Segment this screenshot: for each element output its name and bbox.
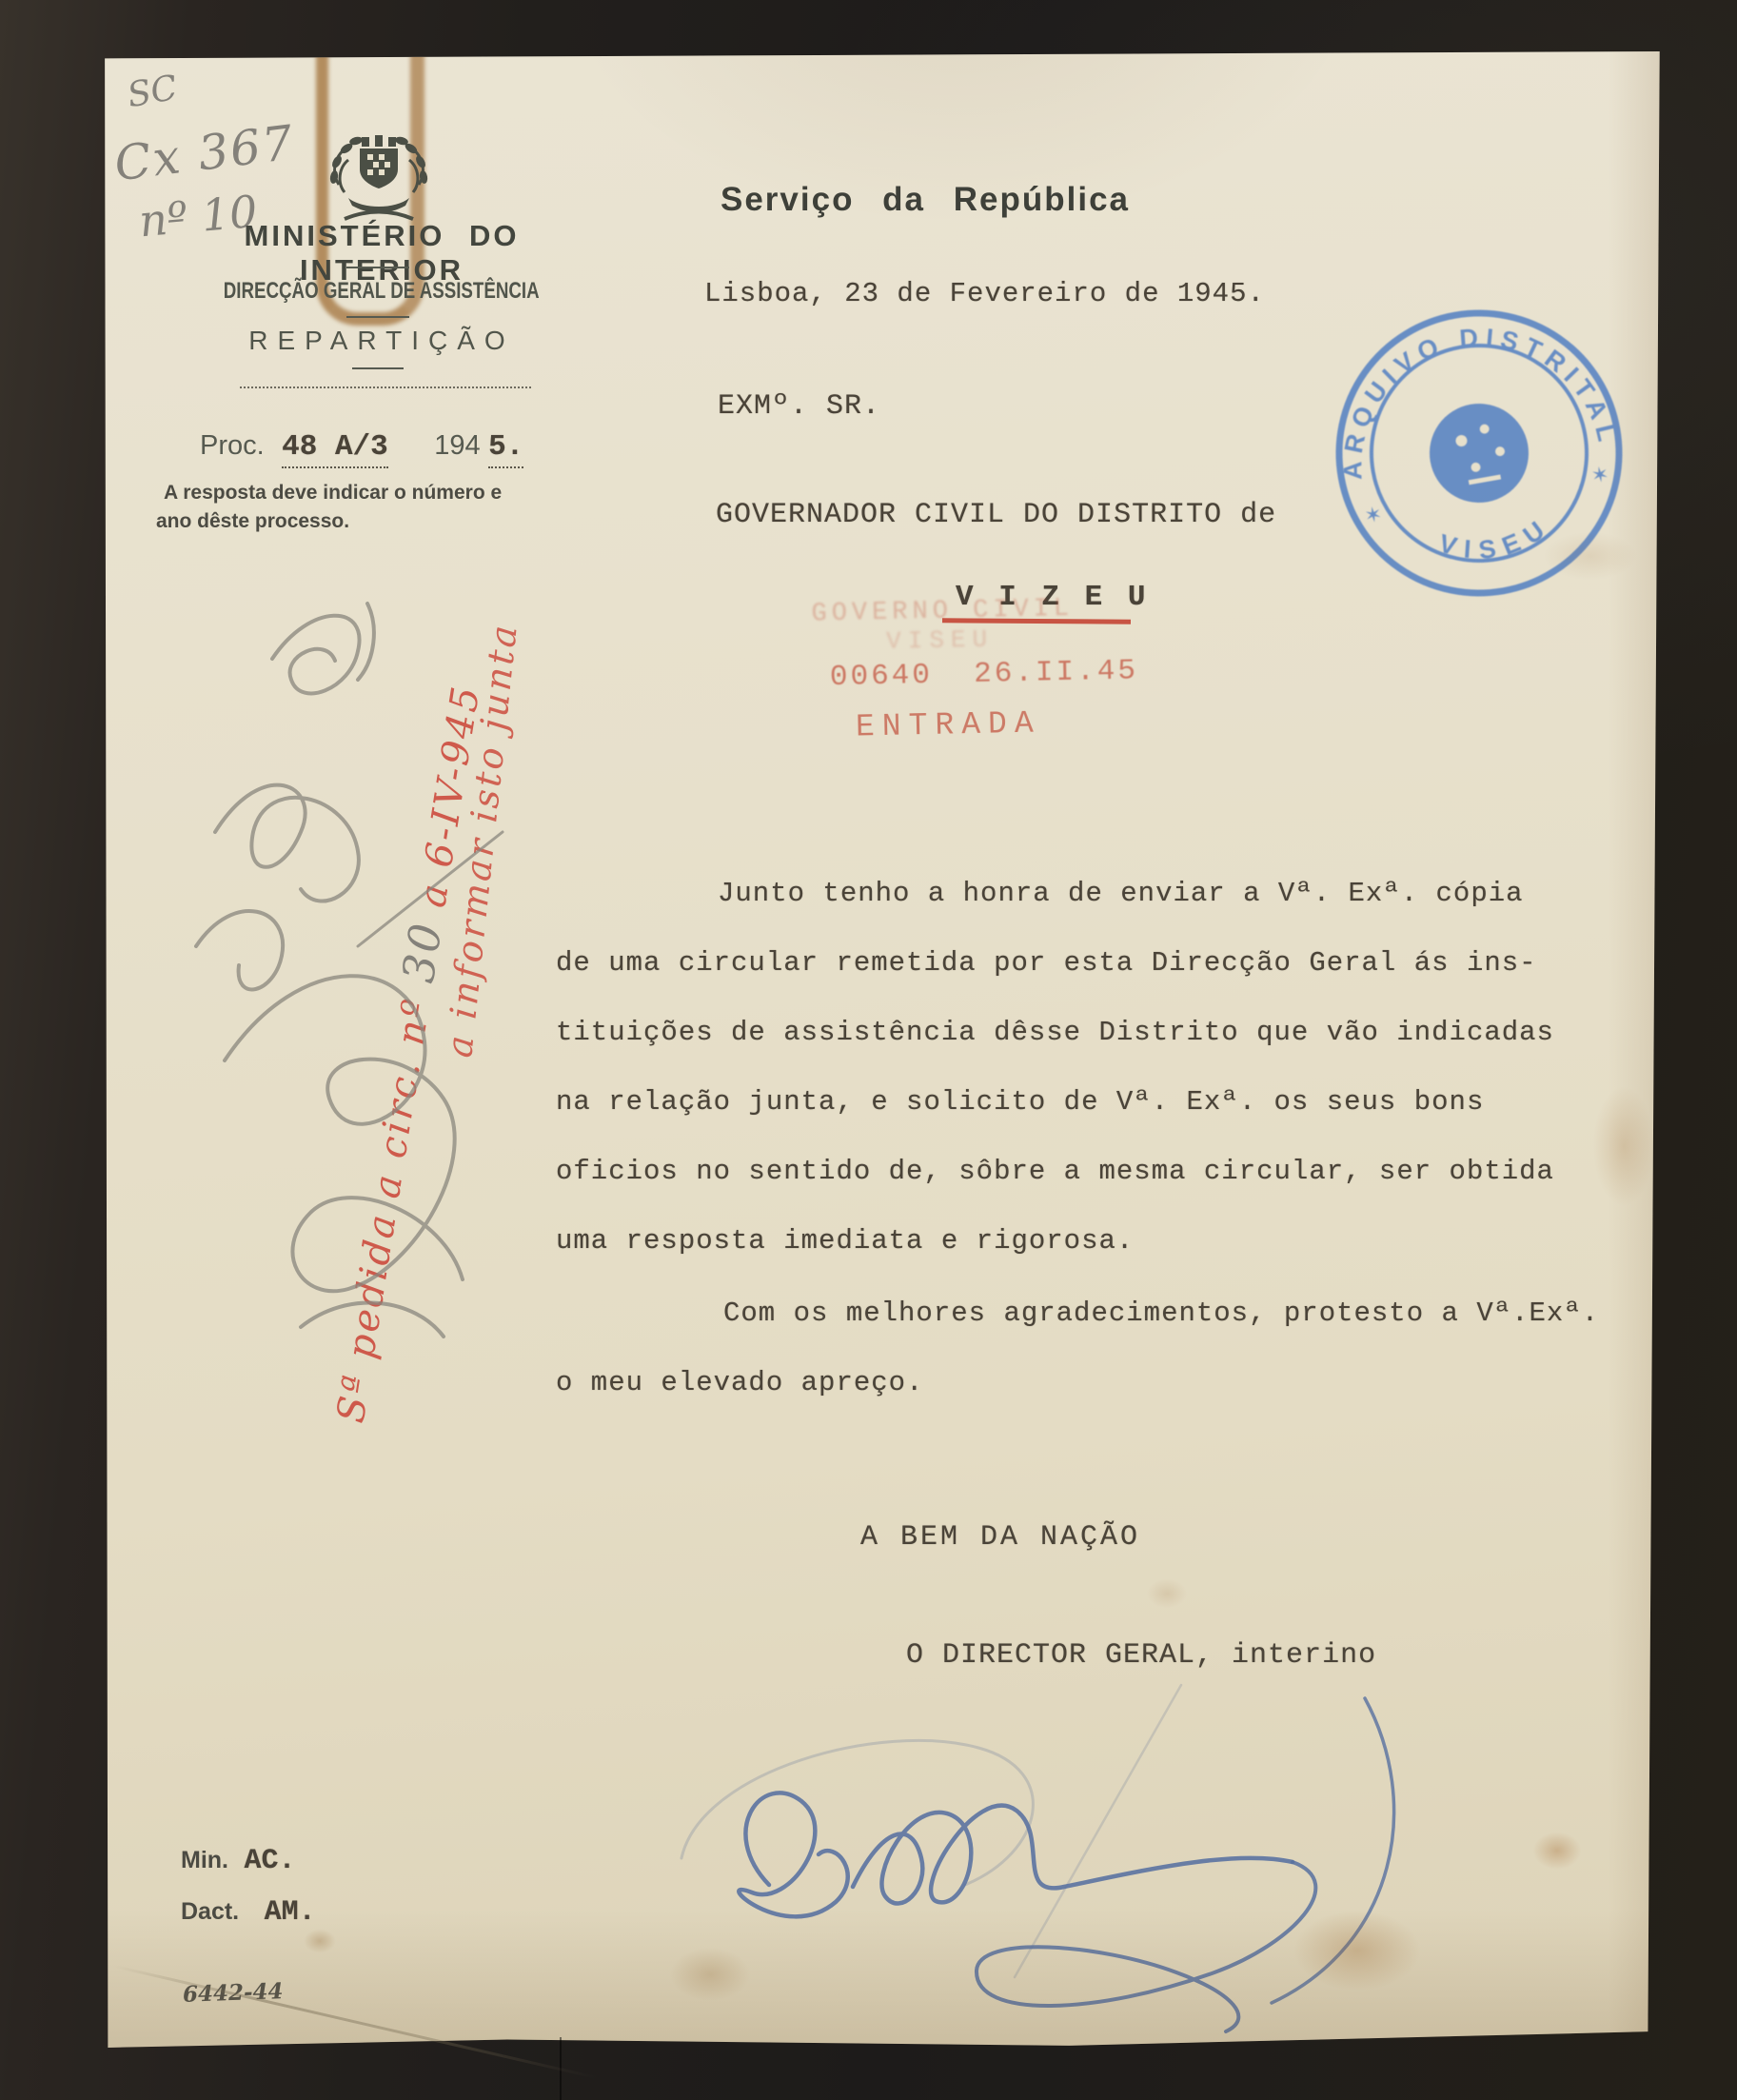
body-line-1: Junto tenho a honra de enviar a Vª. Exª.…	[718, 878, 1524, 909]
body-line-5: oficios no sentido de, sôbre a mesma cir…	[556, 1156, 1554, 1187]
archive-stamp-star-right: ✶	[1589, 462, 1610, 488]
scanned-document-photo: SC Cx 367 nº 10	[0, 0, 1737, 2100]
footer-min-value: AC.	[244, 1845, 295, 1877]
footer-dact-label: Dact.	[181, 1898, 239, 1925]
directorate-subtitle: DIRECÇÃO GERAL DE ASSISTÊNCIA	[158, 278, 605, 305]
archive-stamp-icon: ARQUIVO DISTRITAL VISEU ✶ ✶	[1307, 281, 1650, 624]
divider-rule-2	[346, 316, 409, 318]
entry-stamp-city: VISEU	[886, 624, 995, 655]
pencil-marginalia-icon	[129, 546, 548, 1403]
svg-text:VISEU: VISEU	[1431, 508, 1561, 573]
process-note-line2: ano dêste processo.	[156, 510, 349, 533]
footer-min-label: Min.	[181, 1847, 228, 1873]
body-line-8: o meu elevado apreço.	[556, 1367, 923, 1398]
process-note-line1: A resposta deve indicar o número e	[164, 482, 502, 505]
department-label: REPARTIÇÃO	[158, 326, 605, 356]
addressee-title: GOVERNADOR CIVIL DO DISTRITO de	[716, 499, 1276, 531]
addressee-salutation: EXMº. SR.	[718, 390, 880, 423]
closing-motto: A BEM DA NAÇÃO	[860, 1521, 1140, 1554]
entry-stamp-number-date: 00640 26.II.45	[830, 654, 1139, 694]
archival-mark-collection: SC	[125, 69, 181, 115]
body-line-2: de uma circular remetida por esta Direcç…	[556, 947, 1537, 979]
signature-icon	[567, 1658, 1405, 2039]
process-label: Proc.	[200, 430, 265, 461]
entry-stamp-label: ENTRADA	[856, 705, 1041, 744]
process-row: Proc. 48 A/3 194 5.	[200, 430, 523, 464]
dateline: Lisboa, 23 de Fevereiro de 1945.	[704, 278, 1265, 309]
archival-mark-box: Cx 367	[111, 115, 297, 192]
footer-dact-value: AM.	[265, 1896, 316, 1929]
process-year-suffix: 5.	[488, 430, 523, 468]
entry-stamp-line1: GOVERNO CIVIL	[811, 595, 1074, 629]
divider-rule-3	[352, 367, 404, 369]
process-year-prefix: 194	[434, 430, 480, 461]
body-line-4: na relação junta, e solicito de Vª. Exª.…	[556, 1086, 1484, 1118]
process-number: 48 A/3	[282, 430, 388, 468]
body-line-6: uma resposta imediata e rigorosa.	[556, 1225, 1134, 1257]
archive-stamp-star-left: ✶	[1363, 502, 1384, 528]
process-separator	[240, 386, 531, 388]
divider-rule-1	[346, 267, 409, 268]
footer-dact-row: Dact. AM.	[181, 1896, 316, 1929]
service-header: Serviço da República	[687, 181, 1163, 219]
footer-min-row: Min. AC.	[181, 1845, 295, 1877]
letter-page: SC Cx 367 nº 10	[101, 51, 1663, 2049]
archive-stamp-bottom-text: VISEU	[1431, 508, 1561, 573]
body-line-7: Com os melhores agradecimentos, protesto…	[723, 1298, 1599, 1329]
national-crest-icon	[320, 135, 438, 230]
body-line-3: tituições de assistência dêsse Distrito …	[556, 1017, 1554, 1048]
